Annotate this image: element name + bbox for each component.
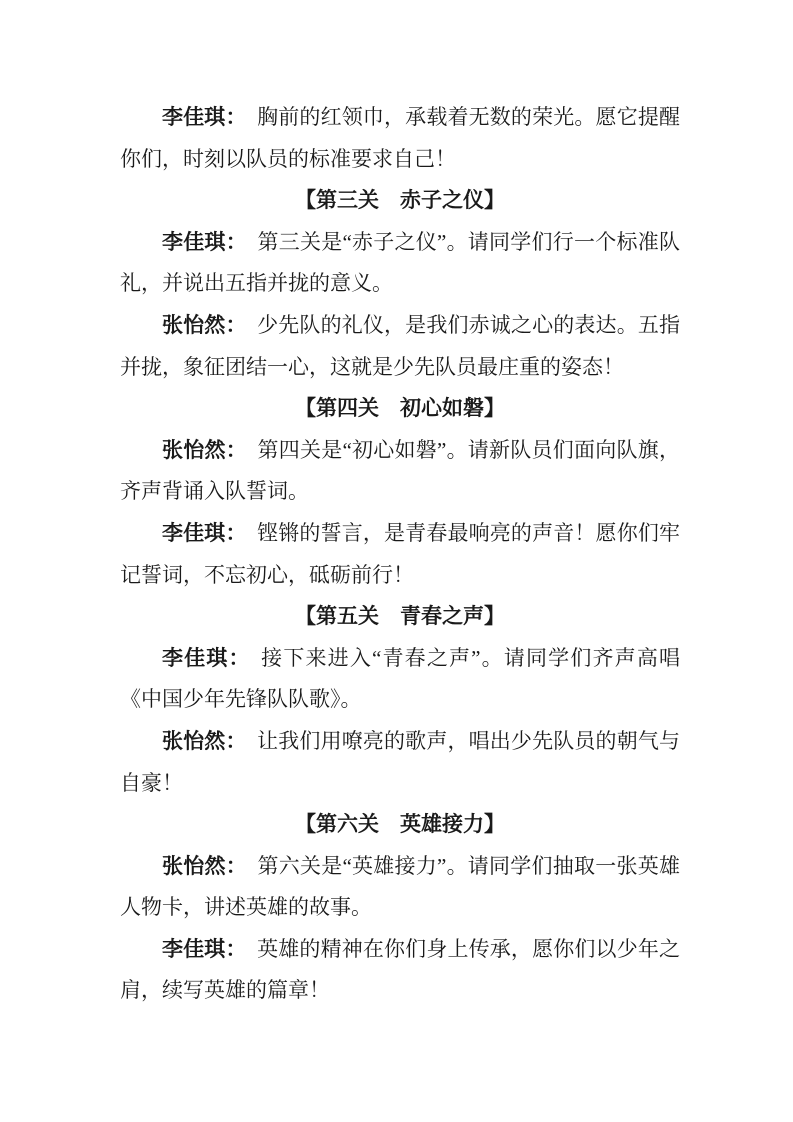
document-content: 李佳琪：胸前的红领巾，承载着无数的荣光。愿它提醒你们，时刻以队员的标准要求自己！… — [0, 0, 793, 1012]
speaker-name: 李佳琪： — [162, 230, 247, 254]
section-heading: 【第五关 青春之声】 — [120, 596, 680, 638]
speaker-name: 张怡然： — [162, 729, 247, 753]
section-heading: 【第四关 初心如磐】 — [120, 388, 680, 430]
section-heading: 【第六关 英雄接力】 — [120, 804, 680, 846]
dialogue-paragraph: 张怡然：让我们用嘹亮的歌声，唱出少先队员的朝气与自豪！ — [120, 721, 680, 804]
speaker-name: 李佳琪： — [162, 937, 247, 961]
dialogue-paragraph: 张怡然：第六关是“英雄接力”。请同学们抽取一张英雄人物卡，讲述英雄的故事。 — [120, 846, 680, 929]
dialogue-paragraph: 张怡然：第四关是“初心如磐”。请新队员们面向队旗，齐声背诵入队誓词。 — [120, 430, 680, 513]
dialogue-paragraph: 李佳琪：英雄的精神在你们身上传承，愿你们以少年之肩，续写英雄的篇章！ — [120, 929, 680, 1012]
document-page: 李佳琪：胸前的红领巾，承载着无数的荣光。愿它提醒你们，时刻以队员的标准要求自己！… — [0, 0, 793, 1122]
dialogue-paragraph: 李佳琪：接下来进入“青春之声”。请同学们齐声高唱《中国少年先锋队队歌》。 — [120, 638, 680, 721]
speaker-name: 张怡然： — [162, 313, 247, 337]
dialogue-paragraph: 张怡然：少先队的礼仪，是我们赤诚之心的表达。五指并拢，象征团结一心，这就是少先队… — [120, 305, 680, 388]
speaker-name: 张怡然： — [162, 438, 247, 462]
dialogue-paragraph: 李佳琪：第三关是“赤子之仪”。请同学们行一个标准队礼，并说出五指并拢的意义。 — [120, 222, 680, 305]
speaker-name: 李佳琪： — [162, 105, 247, 129]
speaker-name: 李佳琪： — [162, 521, 247, 545]
section-heading: 【第三关 赤子之仪】 — [120, 180, 680, 222]
dialogue-paragraph: 李佳琪：胸前的红领巾，承载着无数的荣光。愿它提醒你们，时刻以队员的标准要求自己！ — [120, 97, 680, 180]
speaker-name: 张怡然： — [162, 854, 247, 878]
speaker-name: 李佳琪： — [162, 646, 251, 670]
dialogue-paragraph: 李佳琪：铿锵的誓言，是青春最响亮的声音！愿你们牢记誓词，不忘初心，砥砺前行！ — [120, 513, 680, 596]
